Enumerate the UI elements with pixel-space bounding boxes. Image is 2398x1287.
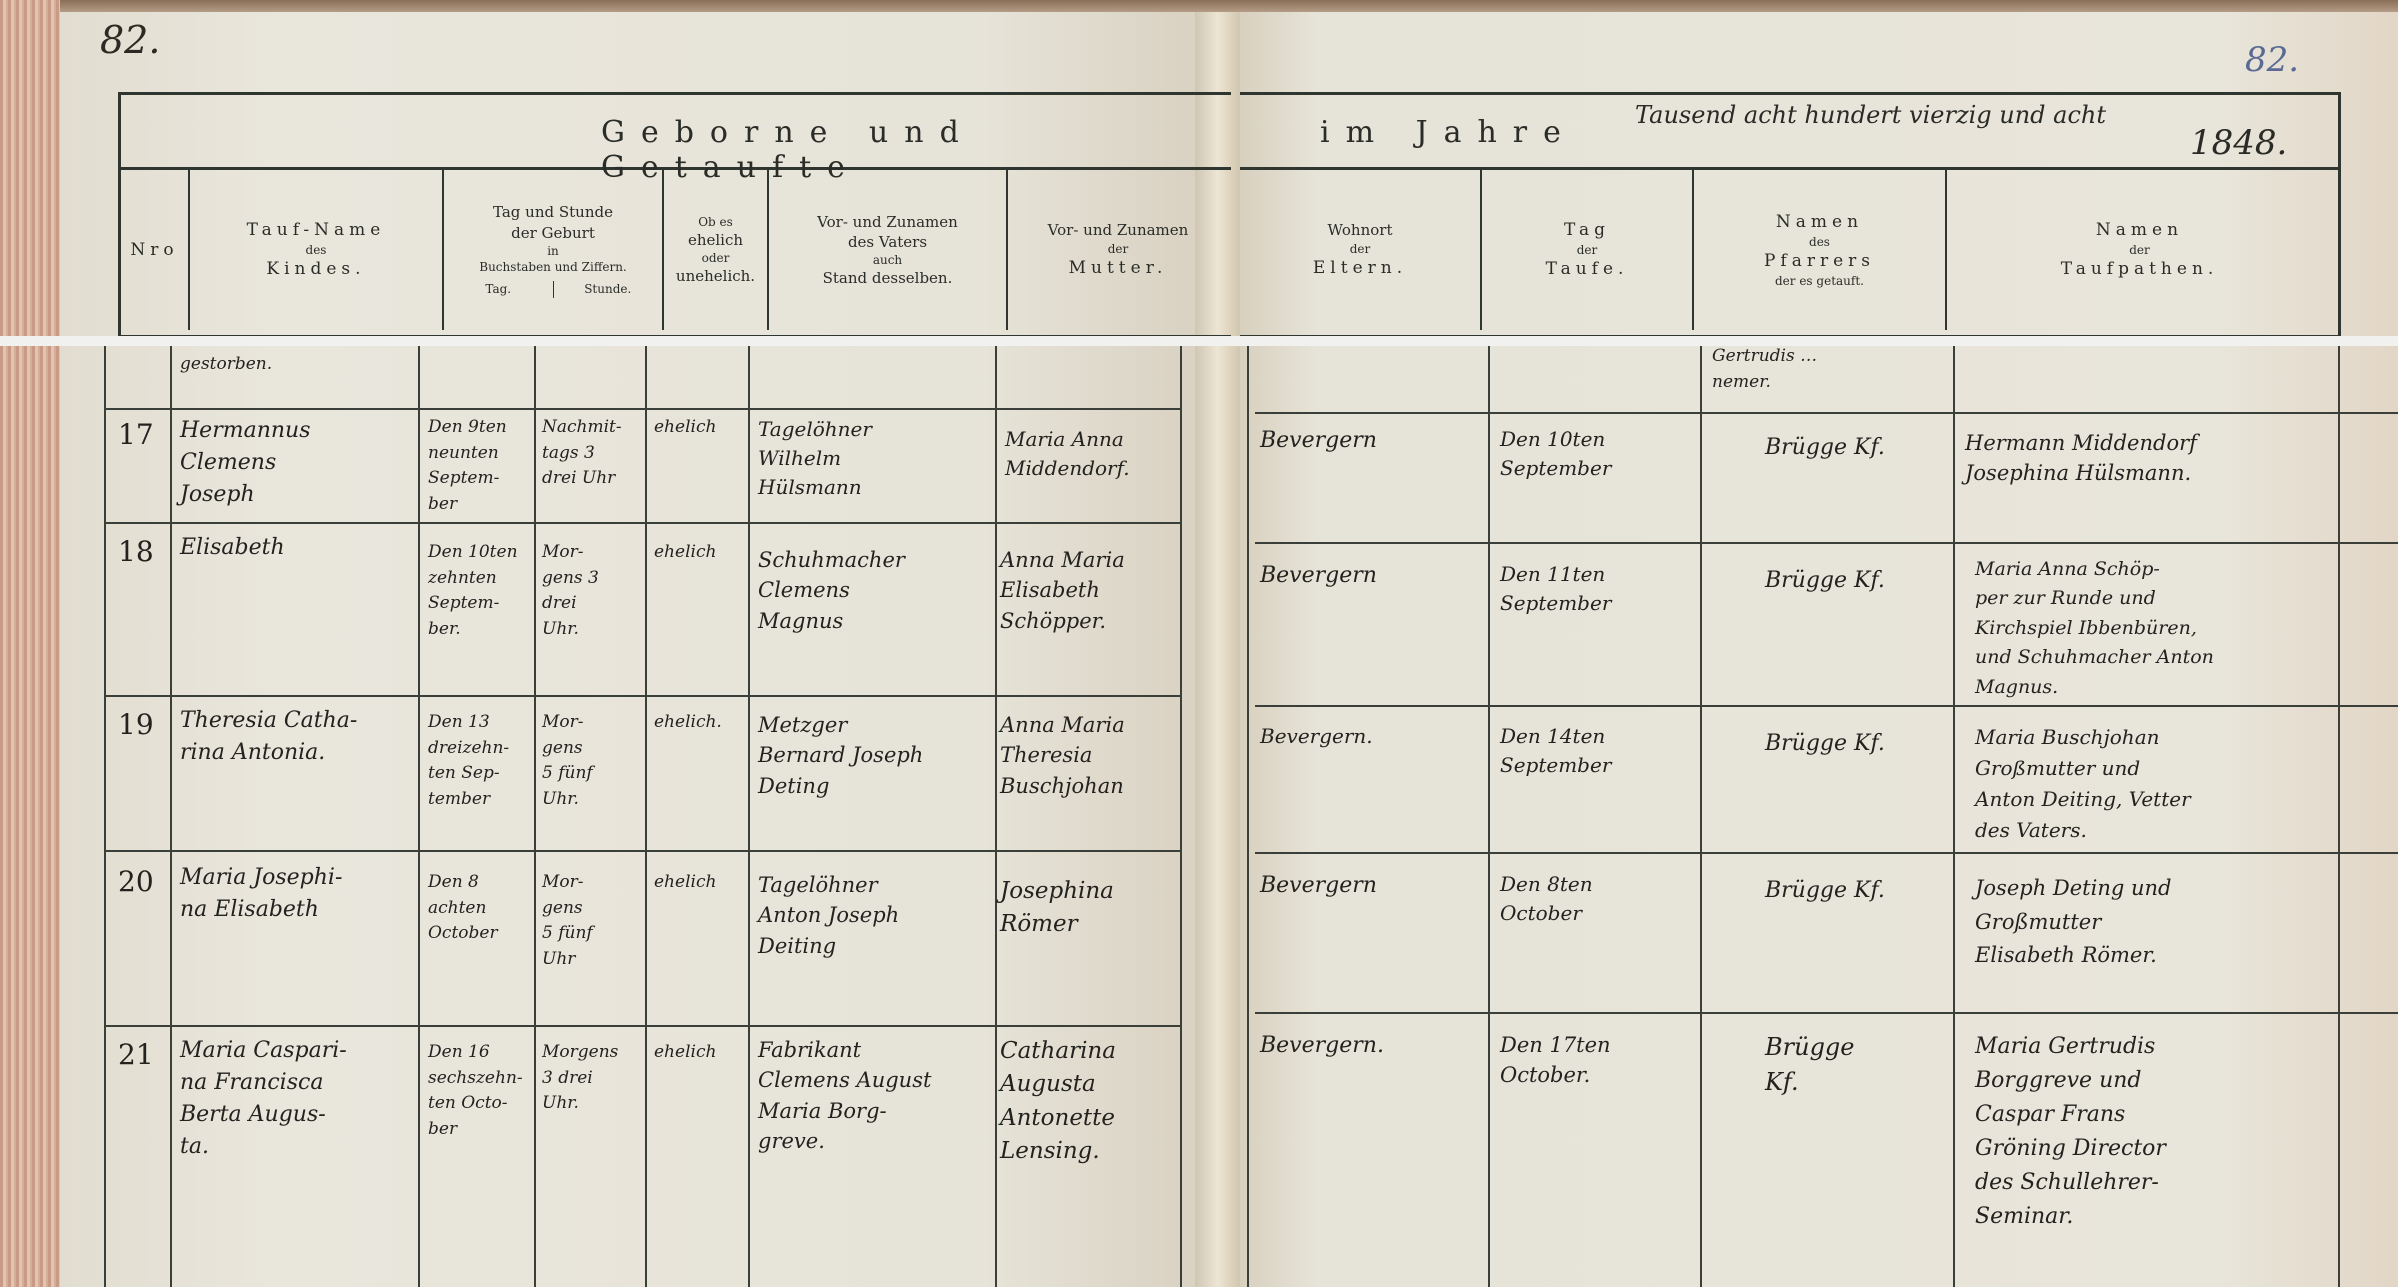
priest-l4: der es getauft. (1775, 273, 1864, 289)
birth-day: Den 13 dreizehn- ten Sep- tember (428, 710, 509, 812)
baptism-l2: der (1577, 242, 1598, 258)
mother-l3: Mutter. (1069, 257, 1168, 280)
carryover-child: gestorben. (180, 352, 272, 378)
nr-label: Nro (130, 239, 178, 262)
residence: Bevergern. (1260, 722, 1373, 751)
entry-number: 21 (118, 1035, 154, 1076)
rule (1180, 346, 1182, 1287)
residence: Bevergern (1260, 560, 1377, 592)
priest-name: Brügge Kf. (1765, 432, 1885, 464)
rule (418, 346, 420, 1287)
residence: Bevergern (1260, 425, 1377, 457)
row-divider (104, 1025, 1180, 1027)
mother-name: Anna Maria Theresia Buschjohan (1000, 710, 1125, 801)
rule (748, 346, 750, 1287)
priest-l2: des (1809, 234, 1830, 250)
residence: Bevergern (1260, 870, 1377, 902)
birth-hour: Nachmit- tags 3 drei Uhr (542, 415, 622, 492)
legitimacy: ehelich (654, 870, 716, 896)
child-name: Theresia Catha- rina Antonia. (180, 705, 357, 769)
birth-l3: in (547, 243, 559, 259)
mother-l2: der (1108, 241, 1129, 257)
godparents: Maria Gertrudis Borggreve und Caspar Fra… (1975, 1030, 2166, 1235)
birth-day: Den 10ten zehnten Septem- ber. (428, 540, 518, 642)
godparents: Maria Anna Schöp- per zur Runde und Kirc… (1975, 555, 2214, 702)
birth-hour: Morgens 3 drei Uhr. (542, 1040, 618, 1117)
rule (170, 346, 172, 1287)
page-stack-edge (0, 0, 60, 1287)
birth-hour: Mor- gens 5 fünf Uhr. (542, 710, 593, 812)
baptism-date: Den 11ten September (1500, 560, 1611, 618)
entry-number: 19 (118, 705, 154, 746)
birth-hour: Mor- gens 5 fünf Uhr (542, 870, 593, 972)
col-header-father: Vor- und Zunamen des Vaters auch Stand d… (769, 170, 1008, 330)
col-header-mother: Vor- und Zunamen der Mutter. (1008, 170, 1228, 330)
legitimacy: ehelich. (654, 710, 722, 736)
row-divider (104, 408, 1180, 410)
baptism-date: Den 17ten October. (1500, 1030, 1611, 1091)
birth-l2: der Geburt (511, 223, 595, 243)
father-name: Tagelöhner Wilhelm Hülsmann (758, 415, 872, 502)
header-frame-right: im Jahre Tausend acht hundert vierzig un… (1240, 92, 2341, 338)
priest-name: Brügge Kf. (1765, 875, 1885, 907)
row-divider (1255, 852, 2398, 854)
birth-day: Den 16 sechszehn- ten Octo- ber (428, 1040, 523, 1142)
baptism-date: Den 14ten September (1500, 722, 1611, 780)
baptism-date: Den 10ten September (1500, 425, 1611, 483)
col-header-baptism-date: Tag der Taufe. (1482, 170, 1694, 330)
priest-l3: Pfarrers (1764, 250, 1875, 273)
row-divider (104, 522, 1180, 524)
legitimacy: ehelich (654, 415, 716, 441)
col-header-priest: Namen des Pfarrers der es getauft. (1694, 170, 1947, 330)
mother-l1: Vor- und Zunamen (1048, 220, 1189, 240)
father-name: Fabrikant Clemens August Maria Borg- gre… (758, 1035, 931, 1157)
legit-l4: unehelich. (676, 266, 755, 286)
row-divider (1255, 1012, 2398, 1014)
col-header-residence: Wohnort der Eltern. (1240, 170, 1482, 330)
priest-name: Brügge Kf. (1765, 728, 1885, 760)
year-number: 1848. (2190, 123, 2287, 163)
row-divider (1255, 705, 2398, 707)
priest-name: Brügge Kf. (1765, 1030, 1855, 1100)
rule (1953, 346, 1955, 1287)
residence-l2: der (1350, 241, 1371, 257)
birth-l4: Buchstaben und Ziffern. (479, 259, 627, 275)
child-name: Hermannus Clemens Joseph (180, 415, 311, 511)
birth-sub-hour: Stunde. (554, 281, 663, 297)
scan-seam (0, 336, 2398, 346)
row-divider (104, 850, 1180, 852)
rule (1488, 346, 1490, 1287)
birth-subcolumns: Tag. Stunde. (444, 281, 662, 297)
carryover-priest: Gertrudis … nemer. (1712, 344, 1817, 395)
godparents: Hermann Middendorf Josephina Hülsmann. (1965, 428, 2197, 489)
residence: Bevergern. (1260, 1030, 1384, 1062)
birth-sub-day: Tag. (444, 281, 554, 297)
father-name: Metzger Bernard Joseph Deting (758, 710, 923, 801)
col-header-legitimacy: Ob es ehelich oder unehelich. (664, 170, 769, 330)
header-frame-left: Geborne und Getaufte Nro Tauf-Name des K… (118, 92, 1231, 338)
rule (1247, 346, 1249, 1287)
rule (104, 346, 106, 1287)
godparents: Maria Buschjohan Großmutter und Anton De… (1975, 722, 2191, 846)
father-name: Tagelöhner Anton Joseph Deiting (758, 870, 899, 961)
baptism-l1: Tag (1564, 219, 1610, 242)
mother-name: Catharina Augusta Antonette Lensing. (1000, 1035, 1116, 1168)
rule (1700, 346, 1702, 1287)
father-l1: Vor- und Zunamen (817, 212, 958, 232)
folio-number-left: 82. (100, 18, 160, 62)
row-divider (1255, 412, 2398, 414)
godparents: Joseph Deting und Großmutter Elisabeth R… (1975, 872, 2171, 973)
title-band-left: Geborne und Getaufte (121, 95, 1231, 170)
rule (645, 346, 647, 1287)
child-name: Maria Josephi- na Elisabeth (180, 862, 342, 926)
birth-day: Den 8 achten October (428, 870, 498, 947)
child-name: Maria Caspari- na Francisca Berta Augus-… (180, 1035, 347, 1163)
baptism-date: Den 8ten October (1500, 870, 1593, 928)
year-in-words: Tausend acht hundert vierzig und acht (1635, 101, 2106, 129)
birth-day: Den 9ten neunten Septem- ber (428, 415, 507, 517)
birth-l1: Tag und Stunde (493, 202, 613, 222)
child-l3: Kindes. (266, 258, 365, 281)
rule (995, 346, 997, 1287)
child-l1: Tauf-Name (247, 219, 386, 242)
priest-name: Brügge Kf. (1765, 565, 1885, 597)
entry-number: 20 (118, 862, 154, 903)
year-prefix: im Jahre (1320, 115, 1577, 150)
folio-number-right: 82. (2245, 40, 2299, 80)
father-l2: des Vaters (848, 232, 927, 252)
title-band-right: im Jahre Tausend acht hundert vierzig un… (1240, 95, 2338, 170)
col-header-child: Tauf-Name des Kindes. (190, 170, 444, 330)
col-header-nr: Nro (121, 170, 190, 330)
rule (534, 346, 536, 1287)
mother-name: Anna Maria Elisabeth Schöpper. (1000, 545, 1125, 636)
father-l4: Stand desselben. (823, 268, 953, 288)
father-l3: auch (873, 252, 902, 268)
child-name: Elisabeth (180, 532, 285, 564)
entry-number: 17 (118, 415, 154, 456)
baptism-l3: Taufe. (1546, 258, 1629, 281)
entry-number: 18 (118, 532, 154, 573)
father-name: Schuhmacher Clemens Magnus (758, 545, 905, 636)
legitimacy: ehelich (654, 540, 716, 566)
godparents-l3: Taufpathen. (2061, 258, 2219, 281)
legit-l2: ehelich (688, 230, 743, 250)
row-divider (1255, 542, 2398, 544)
col-header-godparents: Namen der Taufpathen. (1947, 170, 2332, 330)
row-divider (104, 695, 1180, 697)
birth-hour: Mor- gens 3 drei Uhr. (542, 540, 599, 642)
priest-l1: Namen (1776, 211, 1863, 234)
residence-l3: Eltern. (1313, 257, 1407, 280)
legitimacy: ehelich (654, 1040, 716, 1066)
legit-l3: oder (702, 250, 730, 266)
child-l2: des (306, 242, 327, 258)
residence-l1: Wohnort (1328, 220, 1393, 240)
col-header-birth: Tag und Stunde der Geburt in Buchstaben … (444, 170, 664, 330)
godparents-l1: Namen (2096, 219, 2183, 242)
rule (2338, 346, 2340, 1287)
mother-name: Josephina Römer (1000, 875, 1114, 942)
godparents-l2: der (2129, 242, 2150, 258)
mother-name: Maria Anna Middendorf. (1005, 425, 1130, 483)
legit-l1: Ob es (698, 214, 733, 230)
